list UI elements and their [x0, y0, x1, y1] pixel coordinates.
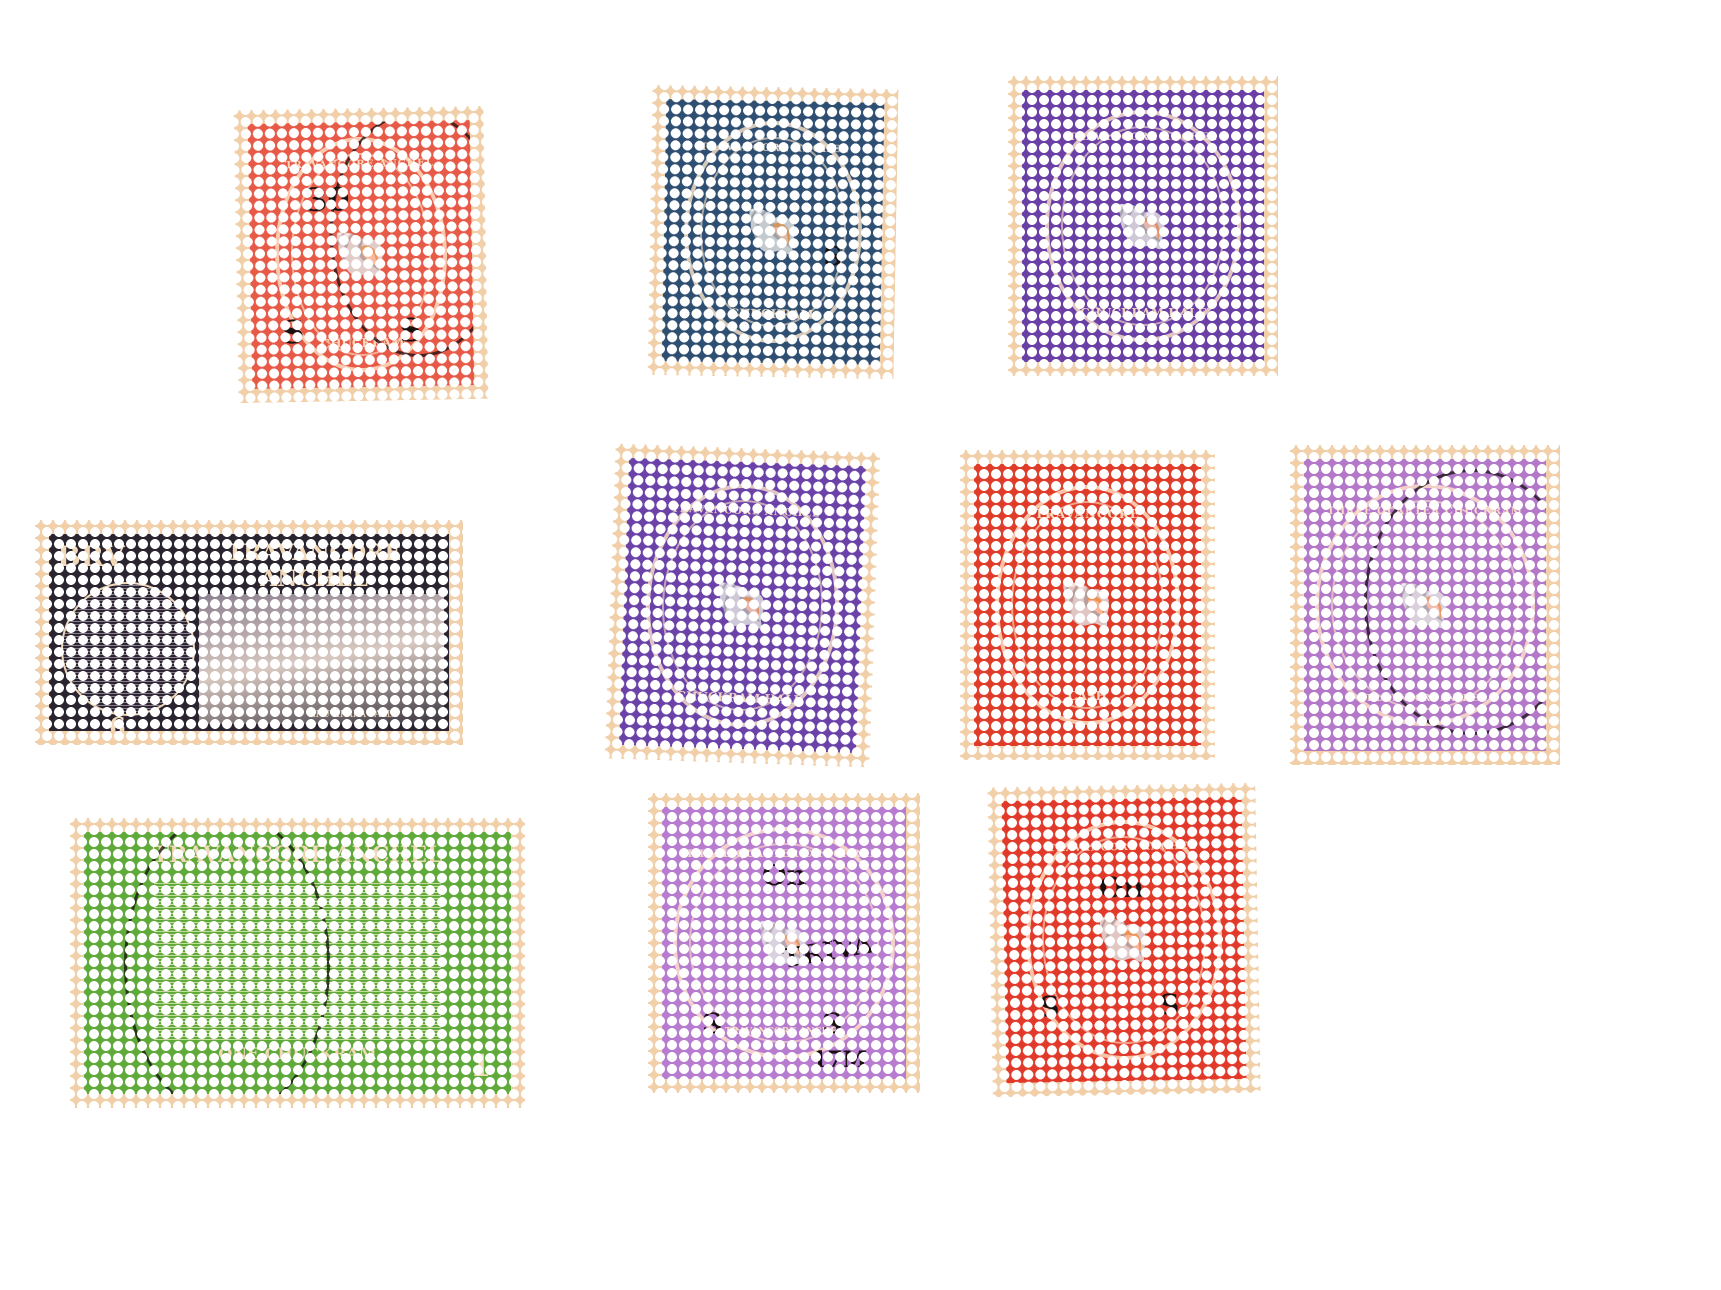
conch-icon: 🐚	[1095, 912, 1153, 968]
stamp-face: TRAVANCORE ANCHEL 🐚 CHUCKRAM 30 S S	[248, 120, 475, 389]
overprint-on: On	[1099, 871, 1144, 905]
stamp-title: TRAVANCORE ANCHEL	[653, 503, 838, 520]
stamp-face: TRAVANCORE ANCHEL 🐚 CHUCKRAM S	[662, 99, 885, 365]
stamp-three-quarter-chuckram: THREE QUARTER CHUCKRAM 🐚 TRAVANCORE ANCH…	[1290, 445, 1560, 765]
stamp-aruvikara-falls: BRV TRAVANCORE ANCHEL ARUVIKARA FALLS 6 …	[35, 520, 463, 745]
stamp-denomination: CHUCKRAM	[686, 306, 856, 323]
stamp-violet-half: TRAVANCORE ANCHEL 🐚 CHUCKRAM HALF	[605, 443, 881, 767]
maharaja-portrait	[61, 582, 195, 716]
stamp-face: TRAVANCORE ANCHEL 🐚 On S S	[1002, 797, 1247, 1083]
overprint-letter: S	[281, 313, 305, 351]
stamp-face: TRAVANCORE 🐚 CASH	[974, 464, 1201, 746]
stamp-face: TRAVANCORE ANCHEL ONE CHUCKRAM 1	[84, 832, 511, 1094]
stamp-face: TRAVANCORE ANCHEL 🐚 CHUCKRAM HALF	[1022, 90, 1264, 362]
stamp-denomination: CHUCKRAM HALF	[647, 688, 832, 708]
overprint-on: On	[762, 859, 807, 892]
conch-oval: TRAVANCORE ANCHEL 🐚 CHUCKRAM HALF	[1045, 110, 1242, 341]
conch-oval: TRAVANCORE ANCHEL 🐚 CHUCKRAM HALF	[642, 481, 843, 731]
stamp-title: TRAVANCORE ANCHEL	[689, 141, 859, 155]
conch-oval: TRAVANCORE 🐚 CASH	[995, 485, 1180, 724]
prefix-text: BRV	[57, 540, 125, 573]
stamp-green-one-chuckram: TRAVANCORE ANCHEL ONE CHUCKRAM 1	[70, 818, 525, 1108]
stamp-title: TRAVANCORE ANCHEL	[1049, 132, 1238, 143]
stamp-value: 6	[109, 712, 126, 731]
stamp-denomination: CASH	[999, 689, 1176, 703]
stamp-face: TRAVANCORE ANCHEL 🐚 CHUCKRAM HALF	[619, 458, 866, 753]
postmark-date: 17M	[812, 1047, 867, 1073]
conch-icon: 🐚	[1114, 199, 1171, 254]
stamp-title: TRAVANCORE ANCHEL	[189, 540, 439, 592]
falls-scene	[199, 594, 444, 724]
stamp-title: TRAVANCORE ANCHEL	[1029, 841, 1216, 855]
stamp-title: TRAVANCORE	[999, 507, 1176, 521]
stamp-violet: TRAVANCORE ANCHEL 🐚 CHUCKRAM HALF	[1008, 76, 1278, 376]
stamp-red-on-ss: TRAVANCORE ANCHEL 🐚 On S S	[987, 783, 1260, 1098]
stamp-red-surcharged: TRAVANCORE ANCHEL 🐚 CHUCKRAM 30 S S	[233, 106, 488, 403]
postmark	[124, 832, 330, 1094]
scene-caption: ARUVIKARA FALLS	[309, 710, 399, 720]
stamp-face: THREE QUARTER CHUCKRAM 🐚 TRAVANCORE ANCH…	[662, 807, 906, 1079]
stamp-denomination: CHUCKRAM HALF	[1049, 306, 1238, 320]
stamp-blue: TRAVANCORE ANCHEL 🐚 CHUCKRAM S	[647, 85, 898, 379]
stamp-value: 1	[470, 1049, 491, 1084]
conch-oval: TRAVANCORE ANCHEL 🐚	[1024, 819, 1223, 1062]
stamp-face: THREE QUARTER CHUCKRAM 🐚 TRAVANCORE ANCH…	[1304, 459, 1546, 751]
conch-icon: 🐚	[1059, 577, 1116, 632]
conch-icon: 🐚	[713, 577, 772, 634]
overprint-letter: S	[823, 242, 842, 272]
stamp-three-quarter-on-ss: THREE QUARTER CHUCKRAM 🐚 TRAVANCORE ANCH…	[648, 793, 920, 1093]
conch-oval: TRAVANCORE ANCHEL 🐚 CHUCKRAM	[682, 119, 864, 345]
stamp-red-cash: TRAVANCORE 🐚 CASH	[960, 450, 1215, 760]
overprint-ss: S S	[1039, 988, 1180, 1023]
overprint-ss: S S	[702, 1007, 842, 1040]
stamp-face: BRV TRAVANCORE ANCHEL ARUVIKARA FALLS 6 …	[49, 534, 449, 731]
conch-icon: 🐚	[744, 204, 802, 260]
